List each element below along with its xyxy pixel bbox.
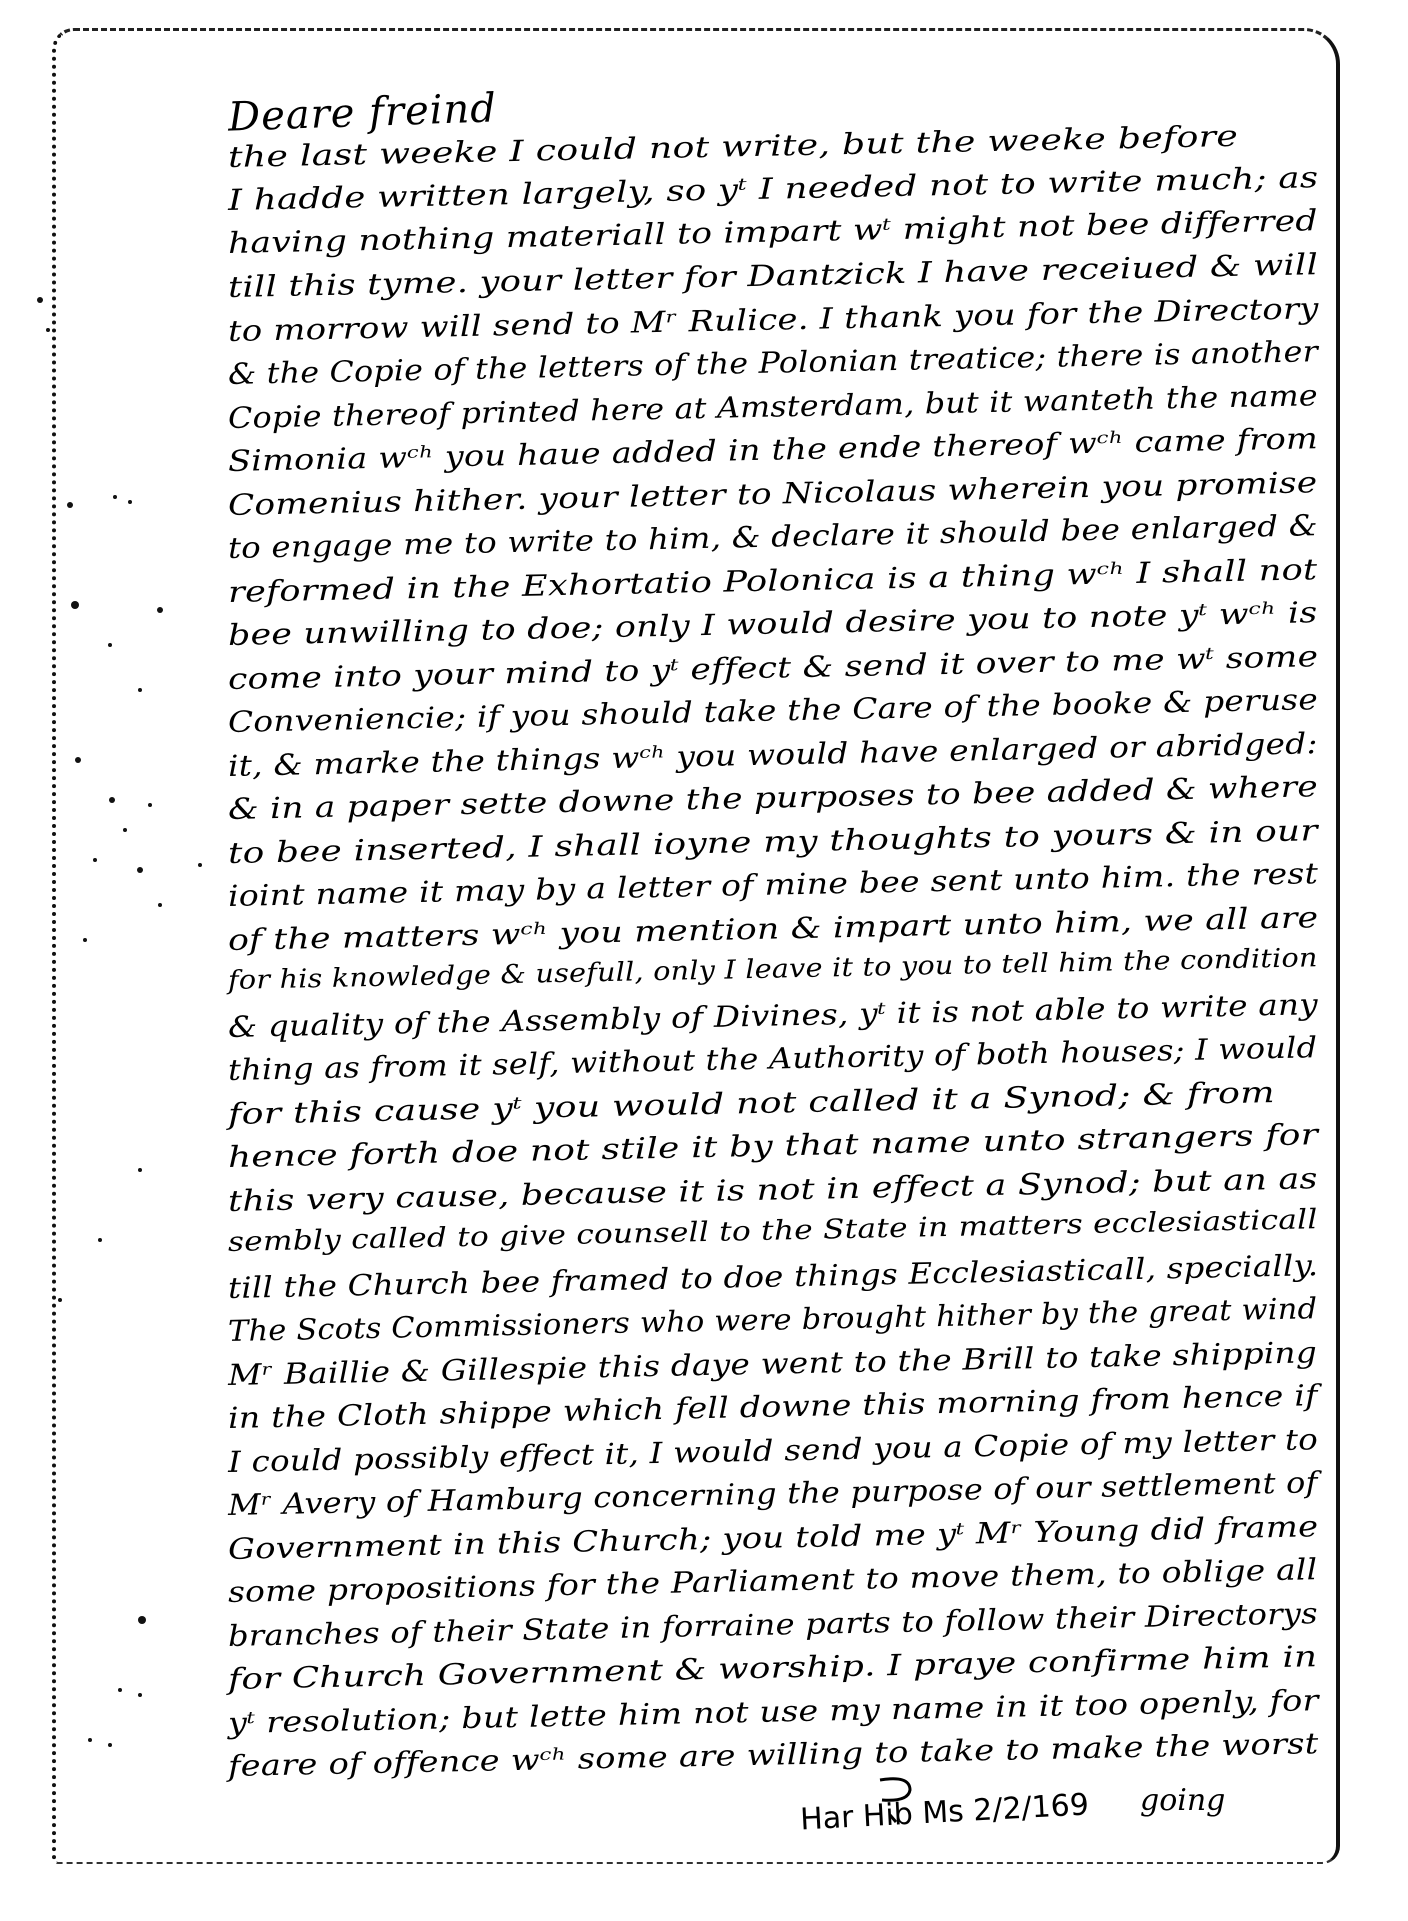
letter-body: the last weeke I could not write, but th… [0, 0, 1408, 1921]
catchword: going [1140, 1783, 1225, 1818]
